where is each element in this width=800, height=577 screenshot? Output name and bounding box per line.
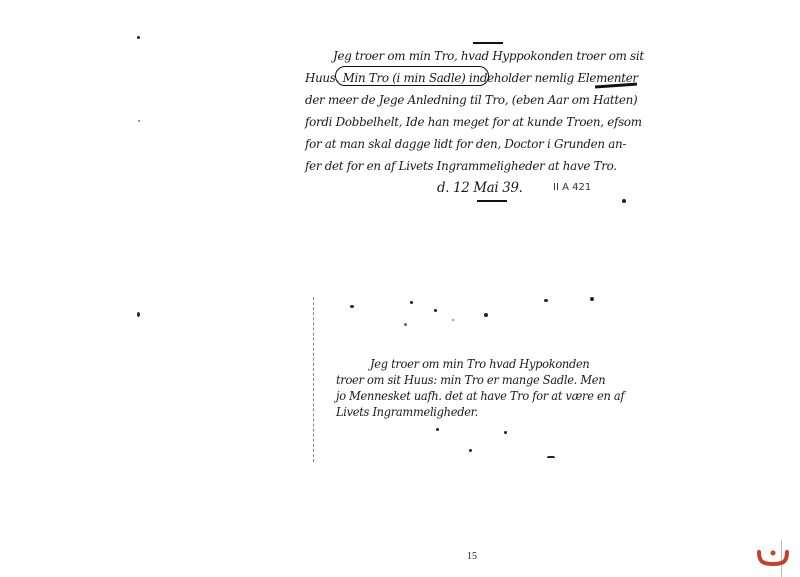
handwritten-line: troer om sit Huus: min Tro er mange Sadl… (336, 373, 605, 387)
handwritten-line: jo Mennesket uafh. det at have Tro for a… (336, 389, 624, 403)
overline-mark (473, 42, 503, 44)
handwritten-line: Jeg troer om min Tro, hvad Hyppokonden t… (333, 48, 644, 63)
archive-reference: II A 421 (553, 182, 591, 193)
handwritten-line: for at man skal dagge lidt for den, Doct… (305, 136, 626, 151)
handwritten-line: der meer de Jege Anledning til Tro, (ebe… (305, 92, 637, 107)
page-number: 15 (467, 551, 477, 562)
circled-annotation (335, 66, 489, 86)
publisher-logo-icon (755, 544, 791, 568)
handwritten-line: Jeg troer om min Tro hvad Hypokonden (370, 357, 589, 371)
ink-speck (469, 449, 472, 452)
margin-speck (137, 312, 140, 317)
margin-speck (138, 120, 140, 122)
margin-speck (137, 36, 140, 39)
manuscript-fragment-1: Jeg troer om min Tro, hvad Hyppokonden t… (305, 42, 645, 207)
ink-speck (622, 199, 626, 203)
date-underline (477, 200, 507, 202)
ink-speck (504, 431, 507, 434)
ink-speck (436, 428, 439, 431)
ink-speck (547, 456, 555, 458)
scan-noise (344, 297, 644, 337)
handwritten-line: Livets Ingrammeligheder. (336, 405, 478, 419)
scanned-page: Jeg troer om min Tro, hvad Hyppokonden t… (0, 0, 800, 577)
handwritten-line: fordi Dobbelhelt, Ide han meget for at k… (305, 114, 642, 129)
manuscript-fragment-2: Jeg troer om min Tro hvad Hypokonden tro… (313, 297, 644, 462)
date-line: d. 12 Mai 39. (437, 180, 523, 196)
handwritten-line: fer det for en af Livets Ingrammelighede… (305, 158, 617, 173)
